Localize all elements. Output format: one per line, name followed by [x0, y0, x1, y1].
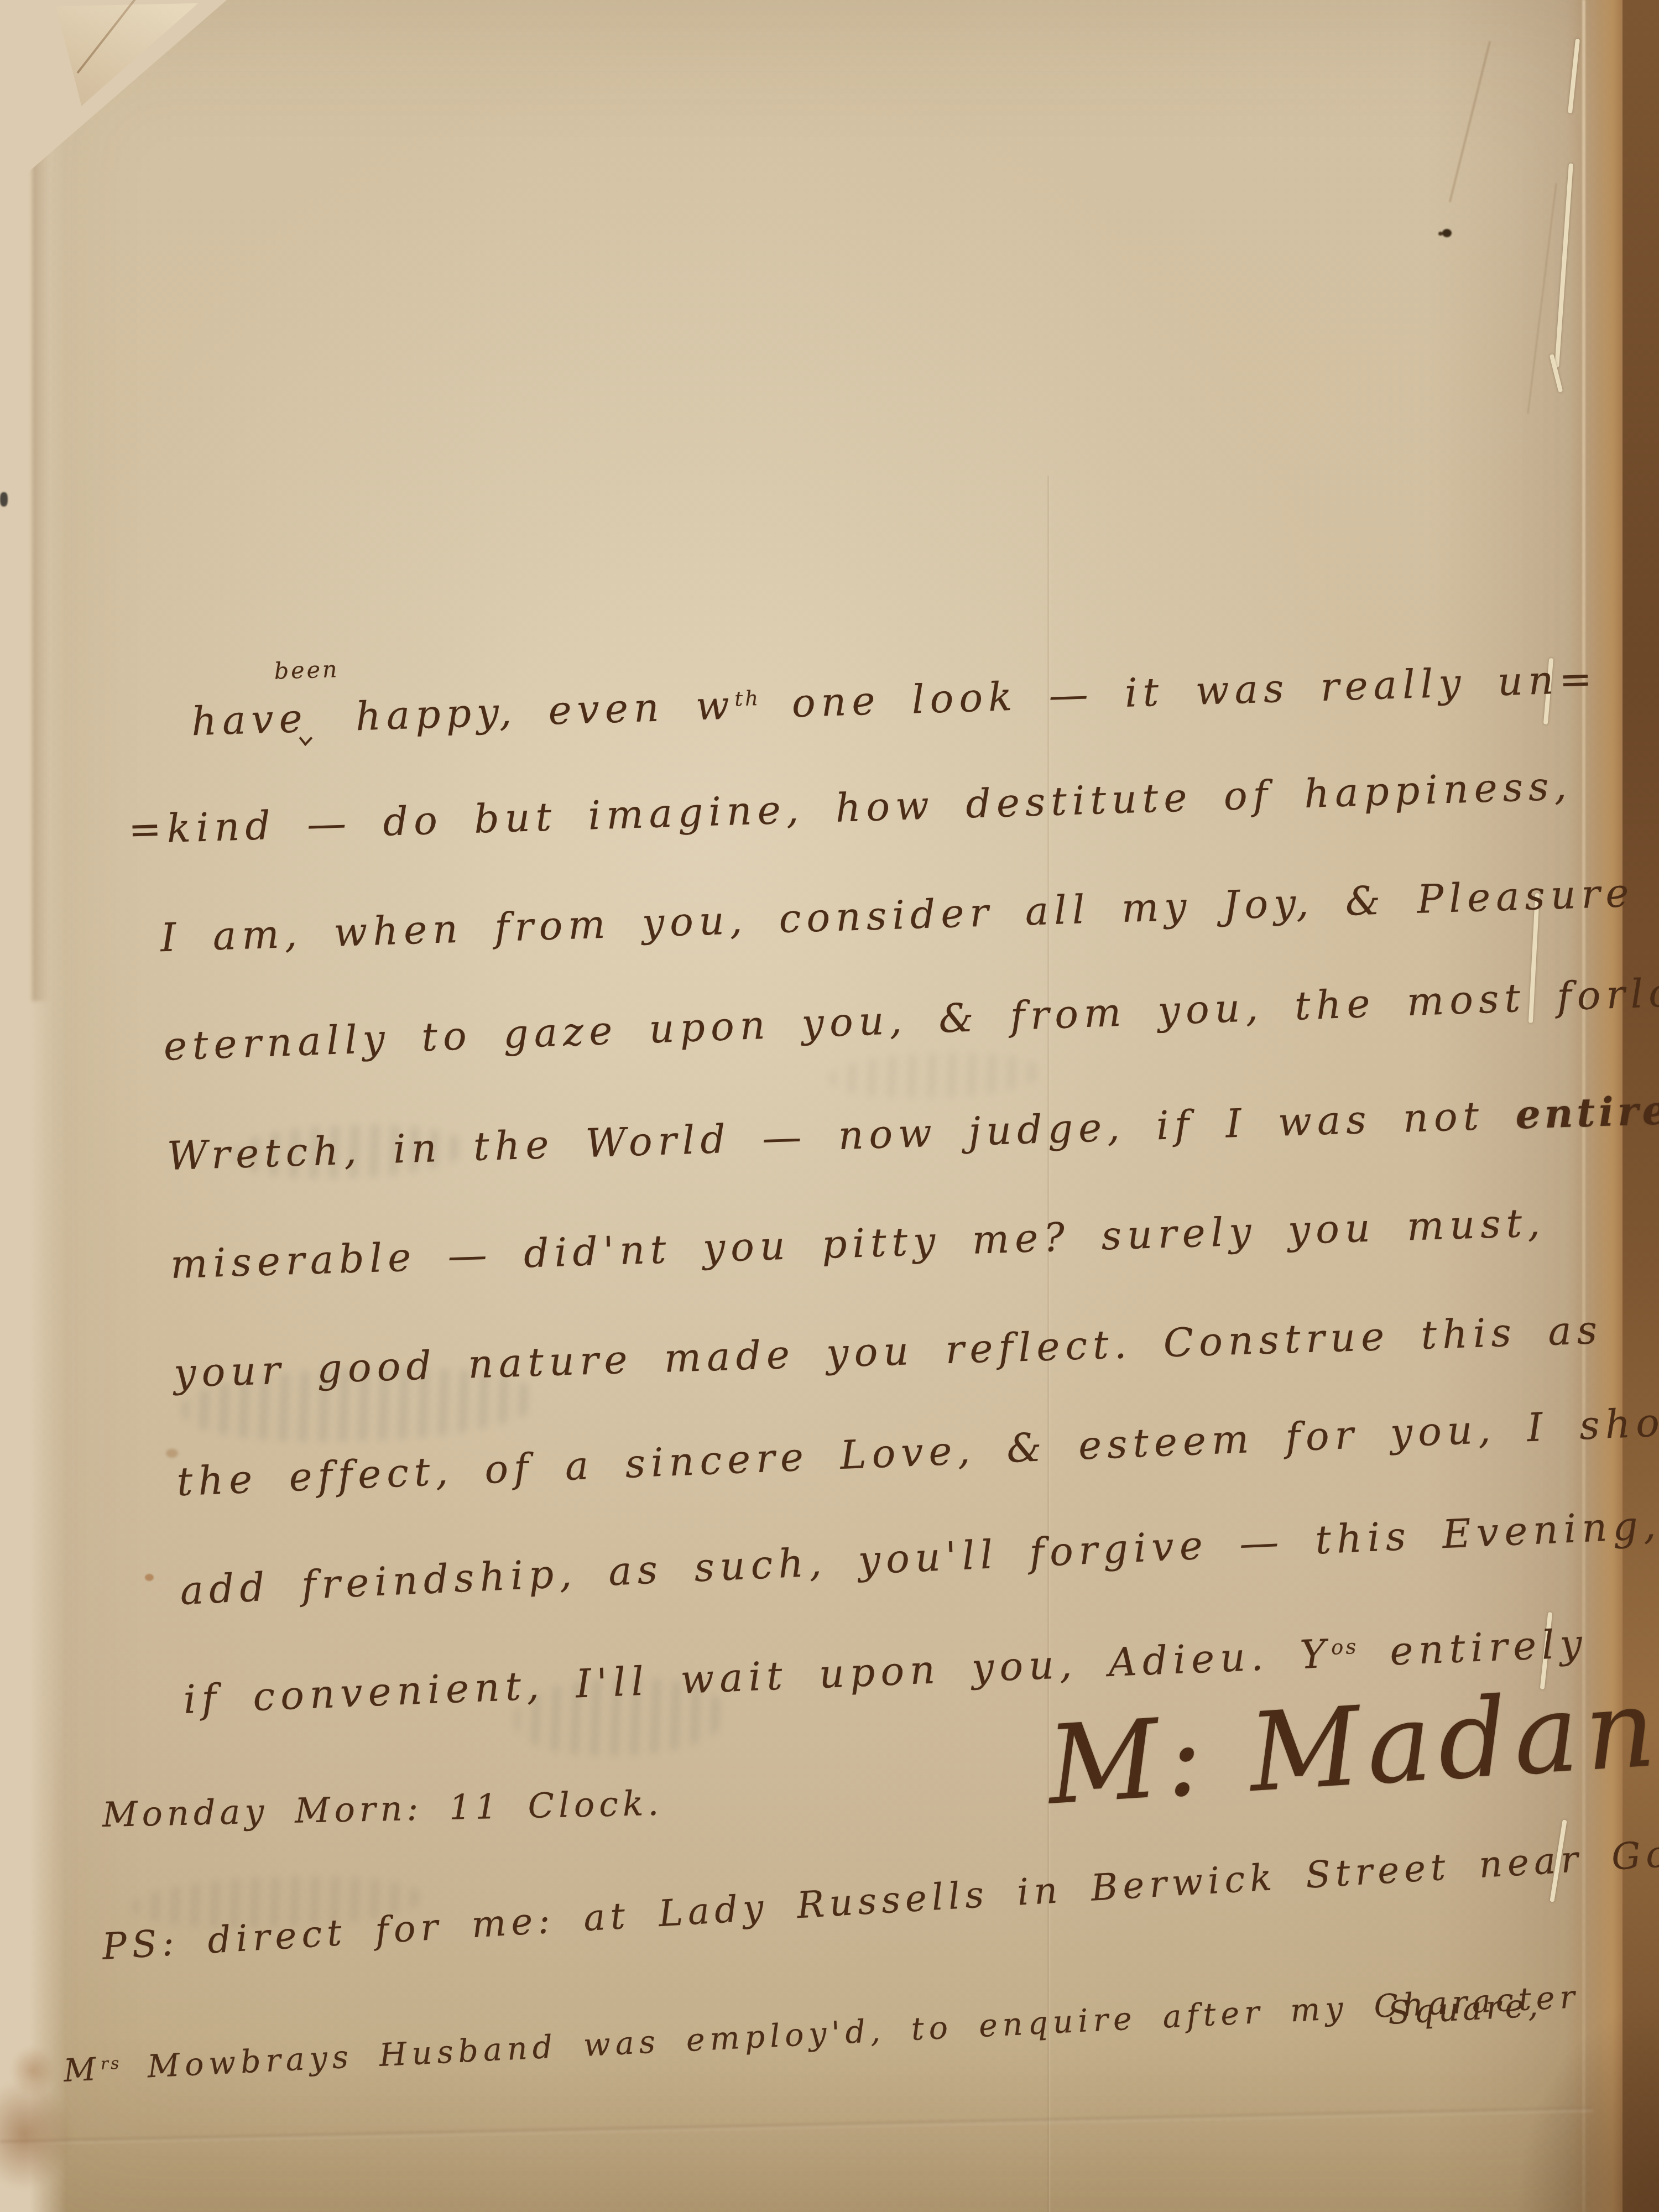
- inserted-word-text: been: [274, 656, 340, 685]
- letter-photo: havebeen happy, even wth one look — it w…: [0, 0, 1659, 2212]
- page-left-edge-shadow: [32, 61, 49, 1001]
- stain: [11, 2046, 55, 2096]
- text-run: entirely: [1358, 1620, 1588, 1676]
- superscript: os: [1331, 1635, 1359, 1660]
- superscript: rs: [100, 2053, 122, 2074]
- superscript: th: [734, 686, 761, 711]
- overwritten-word: entirely: [1515, 1085, 1659, 1138]
- inserted-word: been: [307, 692, 325, 732]
- text-run: have: [191, 695, 309, 744]
- text-run: happy, even w: [324, 682, 735, 740]
- edge-mark: [0, 492, 8, 507]
- letter-body: havebeen happy, even wth one look — it w…: [124, 653, 1639, 1787]
- ink-spot: [1442, 229, 1452, 237]
- text-run: M: [62, 2051, 102, 2089]
